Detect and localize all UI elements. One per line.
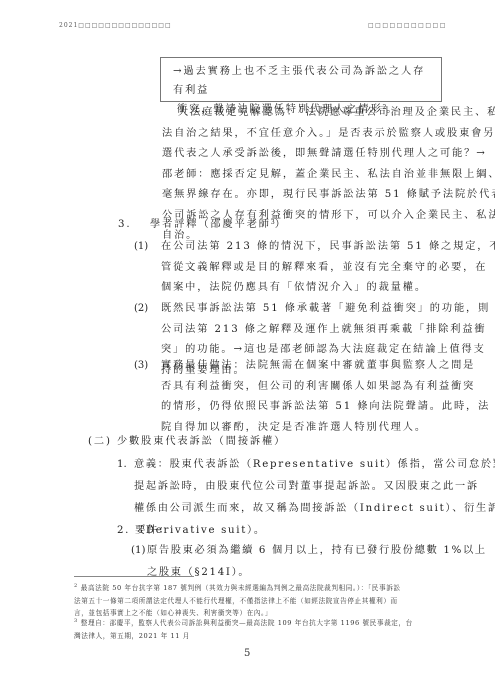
footnote-2: 2最高法院 50 年台抗字第 187 號判例（其效力與未經選編為判例之最高法院裁… bbox=[74, 582, 401, 620]
callout-line-1: →過去實務上也不乏主張代表公司為訴訟之人存有利益 bbox=[173, 62, 435, 100]
court-opinion-line: 毫無界線存在。亦即，現行民事訴訟法第 51 條賦予法院於代表 bbox=[162, 185, 460, 206]
requirement-item: (1) 原告股東必須為繼續 6 個月以上，持有已發行股份總數 1%以上 之股東（… bbox=[131, 540, 487, 584]
list-marker: (1) bbox=[131, 540, 145, 562]
requirement-line: 原告股東必須為繼續 6 個月以上，持有已發行股份總數 1%以上 bbox=[147, 540, 487, 562]
section-title-end: ） bbox=[275, 219, 287, 230]
footnote-line: 整理自：邵慶平，監察人代表公司訴訟與利益衝突—最高法院 109 年台抗大字第 1… bbox=[81, 619, 413, 627]
footnote-ref-3[interactable]: 3 bbox=[271, 219, 275, 226]
list-item-line: 管從文義解釋或是目的解釋來看，並沒有完全棄守的必要，在 bbox=[161, 258, 495, 279]
list-marker: 1. bbox=[117, 454, 127, 476]
list-item-line: 在公司法第 213 條的情況下，民事訴訟法第 51 條之規定，不 bbox=[161, 237, 495, 258]
requirements-heading: 2. 要件： bbox=[117, 521, 171, 541]
definition-line: 意義：股東代表訴訟（Representative suit）係指，當公司怠於對董… bbox=[134, 454, 495, 476]
requirements-label: 要件： bbox=[135, 525, 171, 536]
court-opinion-line: 選代表之人承受訴訟後，即無聲請選任特別代理人之可能？→ bbox=[162, 144, 460, 165]
footnote-line: 法第五十一條第二項所謂法定代理人不能行代理權，不僅指法律上不能（如經法院宣告停止… bbox=[74, 595, 401, 608]
court-opinion-line: 法自治之結果，不宜任意介入。」是否表示於監察人或股東會另 bbox=[162, 124, 460, 145]
footnote-3: 3整理自：邵慶平，監察人代表公司訴訟與利益衝突—最高法院 109 年台抗大字第 … bbox=[74, 617, 413, 642]
list-item-line: 公司法第 213 條之解釋及運作上就無須再乘載「排除利益衝 bbox=[161, 320, 490, 341]
footnote-line: 最高法院 50 年台抗字第 187 號判例（其效力與未經選編為判例之最高法院裁判… bbox=[81, 584, 401, 592]
definition-line: （Derivative suit）。 bbox=[134, 520, 495, 542]
page-number: 5 bbox=[244, 648, 250, 659]
list-item-line: 個案中，法院仍應具有「依情況介入」的裁量權。 bbox=[161, 278, 495, 299]
requirement-line: 之股東（§214Ⅰ）。 bbox=[147, 562, 487, 584]
list-marker: 2. bbox=[117, 525, 130, 536]
section-number: 3. bbox=[118, 215, 150, 236]
list-item: (1) 在公司法第 213 條的情況下，民事訴訟法第 51 條之規定，不 管從文… bbox=[134, 237, 495, 299]
running-header-right: □□□□□□□□□□□ bbox=[368, 22, 447, 29]
list-marker: (3) bbox=[134, 356, 148, 377]
subsection-heading: (二) 少數股東代表訴訟（間接訴權） bbox=[88, 432, 286, 452]
list-marker: (2) bbox=[134, 299, 148, 320]
callout-box: →過去實務上也不乏主張代表公司為訴訟之人存有利益 衝突，聲請法院選任特別代理人之… bbox=[160, 57, 442, 102]
definition-line: 權係由公司派生而來，故又稱為間接訴訟（Indirect suit）、衍生訴訟 bbox=[134, 498, 495, 520]
definition-item: 1. 意義：股東代表訴訟（Representative suit）係指，當公司怠… bbox=[117, 454, 495, 542]
definition-line: 提起訴訟時，由股東代位公司對董事提起訴訟。又因股東之此一訴 bbox=[134, 476, 495, 498]
footnote-line: 灣法律人，第五期，2021 年 11 月 bbox=[74, 630, 413, 643]
footnote-separator bbox=[74, 576, 194, 577]
list-marker: (1) bbox=[134, 237, 148, 258]
list-item: (3) 實務最佳做法：法院無需在個案中審就董事與監察人之間是 否具有利益衝突，但… bbox=[134, 356, 490, 438]
list-item-line: 實務最佳做法：法院無需在個案中審就董事與監察人之間是 bbox=[161, 356, 490, 377]
running-header-left: 2021□□□□□□□□□□□□□□ bbox=[59, 22, 172, 29]
section-3-heading: 3.學者評釋（邵慶平老師3） bbox=[118, 215, 287, 236]
list-item-line: 否具有利益衝突，但公司的利害關係人如果認為有利益衝突 bbox=[161, 377, 490, 398]
court-opinion-line: 大法庭裁定見解認為：「法院應尊重公司治理及企業民主、私 bbox=[170, 103, 460, 124]
list-item-line: 的情形，仍得依照民事訴訟法第 51 條向法院聲請。此時，法 bbox=[161, 397, 490, 418]
court-opinion-line: 邵老師：應採否定見解，蓋企業民主、私法自治並非無限上綱、 bbox=[162, 165, 460, 186]
list-item-line: 既然民事訴訟法第 51 條承載著「避免利益衝突」的功能，則 bbox=[161, 299, 490, 320]
footnote-number: 3 bbox=[74, 618, 78, 624]
footnote-number: 2 bbox=[74, 583, 78, 589]
section-title: 學者評釋（邵慶平老師 bbox=[150, 219, 271, 230]
